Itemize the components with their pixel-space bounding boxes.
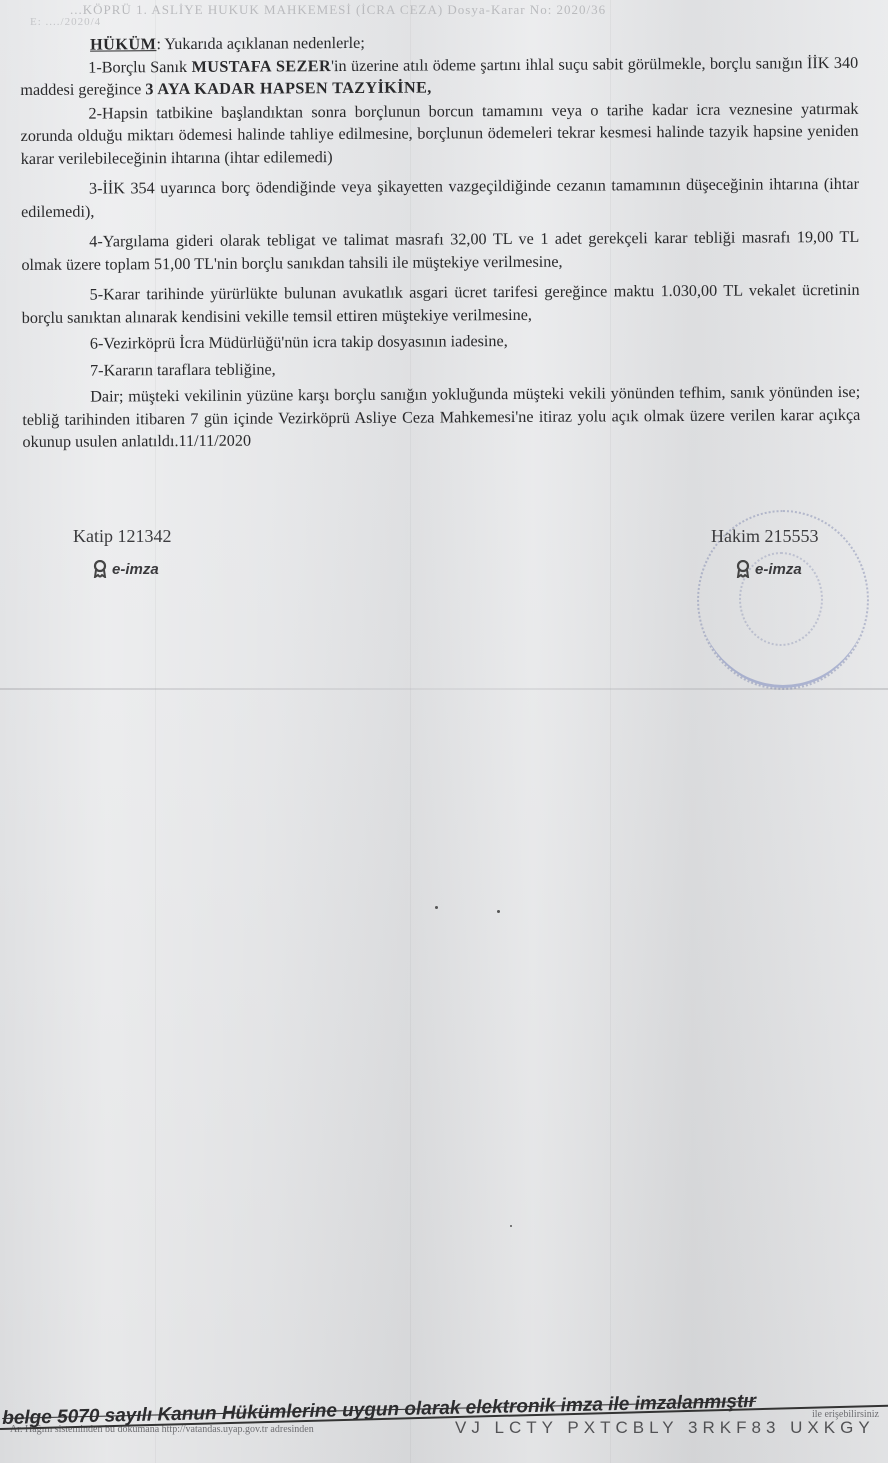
rosette-icon xyxy=(92,560,108,578)
paper-speck xyxy=(497,910,500,913)
esign-footer: Ar. Hağım sisteminden bu dokümana http:/… xyxy=(0,1402,888,1442)
faded-court-header: ...KÖPRÜ 1. ASLİYE HUKUK MAHKEMESİ (İCRA… xyxy=(70,2,830,18)
header-line-2: E: ..../2020/4 xyxy=(30,16,101,28)
sentence: 3 AYA KADAR HAPSEN TAZYİKİNE, xyxy=(145,78,432,98)
judgment-body: HÜKÜM: Yukarıda açıklanan nedenlerle; 1-… xyxy=(20,29,861,454)
paper-speck xyxy=(435,906,438,909)
judgment-item-2: 2-Hapsin tatbikine başlandıktan sonra bo… xyxy=(20,97,858,170)
paper-speck xyxy=(510,1225,512,1227)
esign-label: e-imza xyxy=(755,561,802,578)
judgment-item-5: 5-Karar tarihinde yürürlükte bulunan avu… xyxy=(22,279,860,329)
decision-date: 11/11/2020 xyxy=(178,432,251,450)
hukum-intro: : Yukarıda açıklanan nedenlerle; xyxy=(156,34,364,53)
rosette-icon xyxy=(735,560,751,578)
dair-paragraph: Dair; müşteki vekilinin yüzüne karşı bor… xyxy=(22,381,860,454)
clerk-signature-label: Katip 121342 xyxy=(73,526,172,547)
defendant-name: MUSTAFA SEZER xyxy=(191,57,331,76)
hukum-label: HÜKÜM xyxy=(90,35,156,53)
footer-tail-text: ile erişebilirsiniz xyxy=(812,1409,879,1420)
judgment-item-3: 3-İİK 354 uyarınca borç ödendiğinde veya… xyxy=(21,173,859,223)
item-1-prefix: 1-Borçlu Sanık xyxy=(88,57,191,76)
clerk-esign: e-imza xyxy=(92,560,159,578)
judgment-item-6: 6-Vezirköprü İcra Müdürlüğü'nün icra tak… xyxy=(22,328,860,356)
judgment-item-4: 4-Yargılama gideri olarak tebligat ve ta… xyxy=(21,226,859,276)
dair-text: Dair; müşteki vekilinin yüzüne karşı bor… xyxy=(22,383,860,451)
footer-verification-code: VJ LCTY PXTCBLY 3RKF83 UXKGY xyxy=(455,1418,875,1438)
header-line-1: ...KÖPRÜ 1. ASLİYE HUKUK MAHKEMESİ (İCRA… xyxy=(70,2,606,17)
esign-label: e-imza xyxy=(112,561,159,578)
judge-esign: e-imza xyxy=(735,560,802,578)
judgment-item-1: 1-Borçlu Sanık MUSTAFA SEZER'in üzerine … xyxy=(20,51,858,101)
paper-fold-line xyxy=(0,688,888,690)
judgment-item-7: 7-Kararın taraflara tebliğine, xyxy=(22,354,860,382)
judge-signature-label: Hakim 215553 xyxy=(711,526,819,547)
